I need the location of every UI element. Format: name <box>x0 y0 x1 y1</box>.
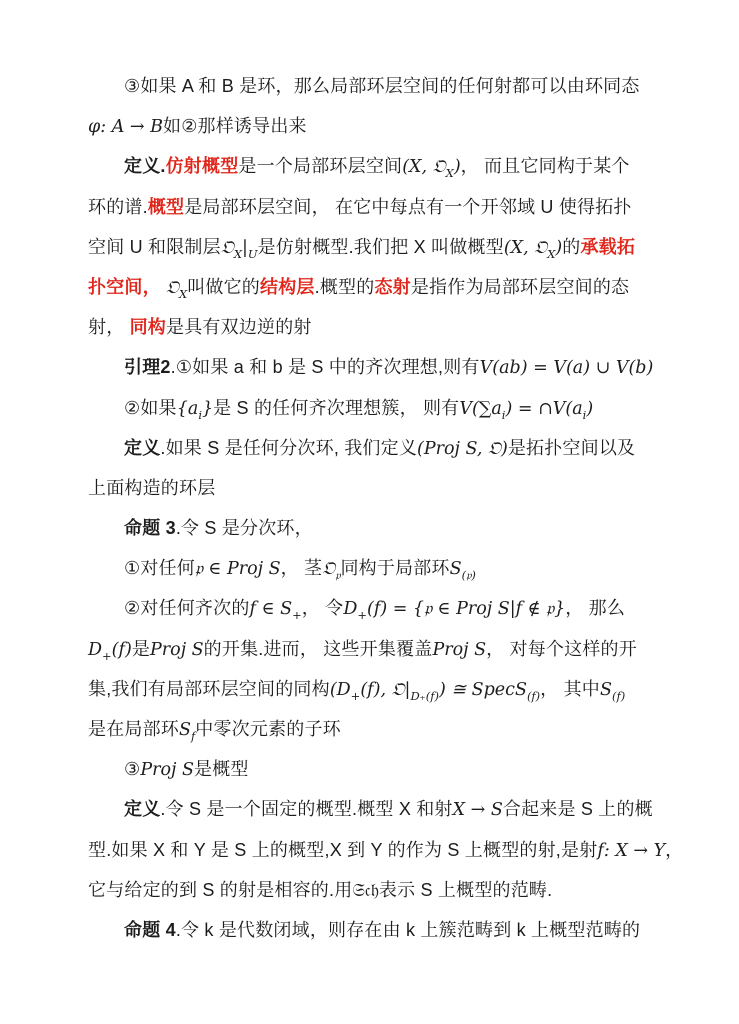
text-line: 命题 4.令 k 是代数闭域，则存在由 k 上簇范畴到 k 上概型范畴的 <box>88 910 654 950</box>
text-run: .令 S 是一个固定的概型.概型 X 和射 <box>160 799 452 819</box>
text-run: } <box>202 399 213 419</box>
text-run: {a <box>177 399 199 419</box>
text-run: 射， <box>88 317 130 337</box>
text-line: 环的谱.概型是局部环层空间， 在它中每点有一个开邻域 U 使得拓扑 <box>88 187 654 227</box>
text-run: 环的谱. <box>88 197 148 217</box>
text-run: 𝔖𝔠𝔥 <box>352 880 379 901</box>
text-run: 是指作为局部环层空间的态 <box>411 277 629 297</box>
text-run: (X, 𝔒 <box>402 157 445 177</box>
text-line: ②对任何齐次的f ∈ S+， 令D+(f) = {𝔭 ∈ Proj S|f ∉ … <box>88 588 654 628</box>
text-run: (f), 𝔒| <box>360 680 410 700</box>
text-run: (𝔭) <box>462 568 476 582</box>
text-run: 𝔒 <box>221 238 234 258</box>
text-line: ②如果{ai}是 S 的任何齐次理想簇， 则有V(∑ai) = ∩V(ai) <box>88 388 654 428</box>
text-run: f: X → Y <box>597 841 665 861</box>
text-run: (f) = {𝔭 ∈ Proj S|f ∉ 𝔭} <box>367 599 565 619</box>
text-run: 扑空间， <box>88 277 161 297</box>
text-run: ) <box>586 399 593 419</box>
text-run: D <box>343 599 357 619</box>
text-line: 引理2.①如果 a 和 b 是 S 中的齐次理想,则有V(ab) = V(a) … <box>88 347 654 387</box>
text-run: ③如果 A 和 B 是环，那么局部环层空间的任何射都可以由环同态 <box>124 76 640 96</box>
text-run: 空间 U 和限制层 <box>88 237 221 257</box>
text-run: (D <box>330 680 351 700</box>
text-run: .概型的 <box>315 277 375 297</box>
text-run: ， 茎 <box>281 558 323 578</box>
text-run: 集,我们有局部环层空间的同构 <box>88 679 330 699</box>
text-run: X <box>179 287 187 301</box>
text-run: 定义. <box>124 156 166 176</box>
text-run: 仿射概型 <box>166 156 239 176</box>
text-run: 型.如果 X 和 Y 是 S 上的概型,X 到 Y 的作为 S 上概型的射,是射 <box>88 840 597 860</box>
text-run: 同构于局部环 <box>340 558 449 578</box>
text-run: ②对任何齐次的 <box>124 598 250 618</box>
text-line: 集,我们有局部环层空间的同构(D+(f), 𝔒|D₊(f)) ≅ SpecS(f… <box>88 669 654 709</box>
text-run: 是 <box>132 639 150 659</box>
text-run: Proj S <box>150 640 204 660</box>
text-run: 𝔒 <box>322 559 335 579</box>
page-content: ③如果 A 和 B 是环，那么局部环层空间的任何射都可以由环同态φ: A → B… <box>88 66 654 950</box>
text-run: 概型 <box>148 197 184 217</box>
text-run: f ∈ S <box>250 599 293 619</box>
text-run: X → S <box>453 800 503 820</box>
text-line: 是在局部环Sf中零次元素的子环 <box>88 709 654 749</box>
text-line: 空间 U 和限制层𝔒X|U是仿射概型.我们把 X 叫做概型(X, 𝔒X)的承载拓 <box>88 227 654 267</box>
text-run: 是在局部环 <box>88 719 179 739</box>
text-line: ③如果 A 和 B 是环，那么局部环层空间的任何射都可以由环同态 <box>88 66 654 106</box>
text-run: 定义 <box>124 438 160 458</box>
text-line: φ: A → B如②那样诱导出来 <box>88 106 654 146</box>
text-run: S <box>179 720 191 740</box>
text-run: + <box>351 689 361 703</box>
text-run: 的开集.进而， 这些开集覆盖 <box>204 639 433 659</box>
text-run: X <box>446 166 454 180</box>
text-run: 如②那样诱导出来 <box>163 116 307 136</box>
text-run: V(ab) = V(a) ∪ V(b) <box>480 358 654 378</box>
text-run: ) <box>454 157 461 177</box>
text-run: S <box>450 559 462 579</box>
text-run: 是局部环层空间， 在它中每点有一个开邻域 U 使得拓扑 <box>184 197 631 217</box>
text-run: 命题 3 <box>124 518 176 538</box>
text-run: 同构 <box>130 317 166 337</box>
text-run: D <box>88 640 102 660</box>
text-line: 定义.仿射概型是一个局部环层空间(X, 𝔒X)， 而且它同构于某个 <box>88 146 654 186</box>
text-run: ) ≅ SpecS <box>439 680 527 700</box>
text-line: 扑空间， 𝔒X叫做它的结构层.概型的态射是指作为局部环层空间的态 <box>88 267 654 307</box>
text-run: ， 令 <box>302 598 344 618</box>
text-run: 中零次元素的子环 <box>195 719 341 739</box>
text-run: 𝔭 ∈ Proj S <box>195 559 281 579</box>
text-run: ， 对每个这样的开 <box>486 639 637 659</box>
text-line: 命题 3.令 S 是分次环， <box>88 508 654 548</box>
text-run: φ: A → B <box>88 117 163 137</box>
text-line: ①对任何𝔭 ∈ Proj S， 茎𝔒𝔭同构于局部环S(𝔭) <box>88 548 654 588</box>
text-line: ③Proj S是概型 <box>88 749 654 789</box>
text-run: 合起来是 S 上的概 <box>503 799 653 819</box>
text-run: 是概型 <box>194 759 249 779</box>
text-run: (X, 𝔒 <box>504 238 547 258</box>
text-run: 叫做它的 <box>187 277 260 297</box>
text-run: X <box>234 247 242 261</box>
text-run: .①如果 a 和 b 是 S 中的齐次理想,则有 <box>171 357 480 377</box>
text-run: .令 k 是代数闭域，则存在由 k 上簇范畴到 k 上概型范畴的 <box>176 920 640 940</box>
text-run: 的 <box>562 237 580 257</box>
text-run: .如果 S 是任何分次环, 我们定义 <box>160 438 417 458</box>
text-run: 结构层 <box>260 277 315 297</box>
document-page: ③如果 A 和 B 是环，那么局部环层空间的任何射都可以由环同态φ: A → B… <box>0 0 739 1024</box>
text-run: ①对任何 <box>124 558 195 578</box>
text-run: ③ <box>124 759 140 779</box>
text-run: ， 而且它同构于某个 <box>461 156 630 176</box>
text-line: 定义.令 S 是一个固定的概型.概型 X 和射X → S合起来是 S 上的概 <box>88 789 654 829</box>
text-run: ) = ∩V(a <box>505 399 582 419</box>
text-run: 它与给定的到 S 的射是相容的.用 <box>88 880 352 900</box>
text-line: D+(f)是Proj S的开集.进而， 这些开集覆盖Proj S， 对每个这样的… <box>88 629 654 669</box>
text-run: 承载拓 <box>580 237 635 257</box>
text-run: 是 S 的任何齐次理想簇， 则有 <box>213 398 459 418</box>
text-run: S <box>600 680 612 700</box>
text-run: 是具有双边逆的射 <box>166 317 312 337</box>
text-run: + <box>292 608 302 622</box>
text-line: 定义.如果 S 是任何分次环, 我们定义(Proj S, 𝔒)是拓扑空间以及 <box>88 428 654 468</box>
text-run: ， <box>665 840 683 860</box>
text-run: D₊(f) <box>410 689 439 703</box>
text-run: .令 S 是分次环， <box>176 518 313 538</box>
text-run: 表示 S 上概型的范畴. <box>379 880 552 900</box>
text-run: + <box>357 608 367 622</box>
text-run: ②如果 <box>124 398 177 418</box>
text-run: + <box>102 649 112 663</box>
text-line: 射， 同构是具有双边逆的射 <box>88 307 654 347</box>
text-run: 是仿射概型.我们把 X 叫做概型 <box>258 237 504 257</box>
text-run: V(∑a <box>459 399 501 419</box>
text-line: 型.如果 X 和 Y 是 S 上的概型,X 到 Y 的作为 S 上概型的射,是射… <box>88 830 654 870</box>
text-run: (Proj S, 𝔒) <box>417 439 508 459</box>
text-run: 命题 4 <box>124 920 176 940</box>
text-run: (f) <box>112 640 132 660</box>
text-line: 上面构造的环层 <box>88 468 654 508</box>
text-run: 是一个局部环层空间 <box>238 156 402 176</box>
text-run: 𝔒 <box>166 278 179 298</box>
text-run: 定义 <box>124 799 160 819</box>
text-run: (f) <box>612 689 625 703</box>
text-run: U <box>248 247 258 261</box>
text-run: (f) <box>527 689 540 703</box>
text-run: ， 那么 <box>565 598 625 618</box>
text-run: 引理2 <box>124 357 171 377</box>
text-run: 态射 <box>374 277 410 297</box>
text-line: 它与给定的到 S 的射是相容的.用𝔖𝔠𝔥表示 S 上概型的范畴. <box>88 870 654 910</box>
text-run: Proj S <box>140 760 194 780</box>
text-run: 上面构造的环层 <box>88 478 215 498</box>
text-run: 是拓扑空间以及 <box>508 438 635 458</box>
text-run: ， 其中 <box>540 679 600 699</box>
text-run: Proj S <box>432 640 486 660</box>
